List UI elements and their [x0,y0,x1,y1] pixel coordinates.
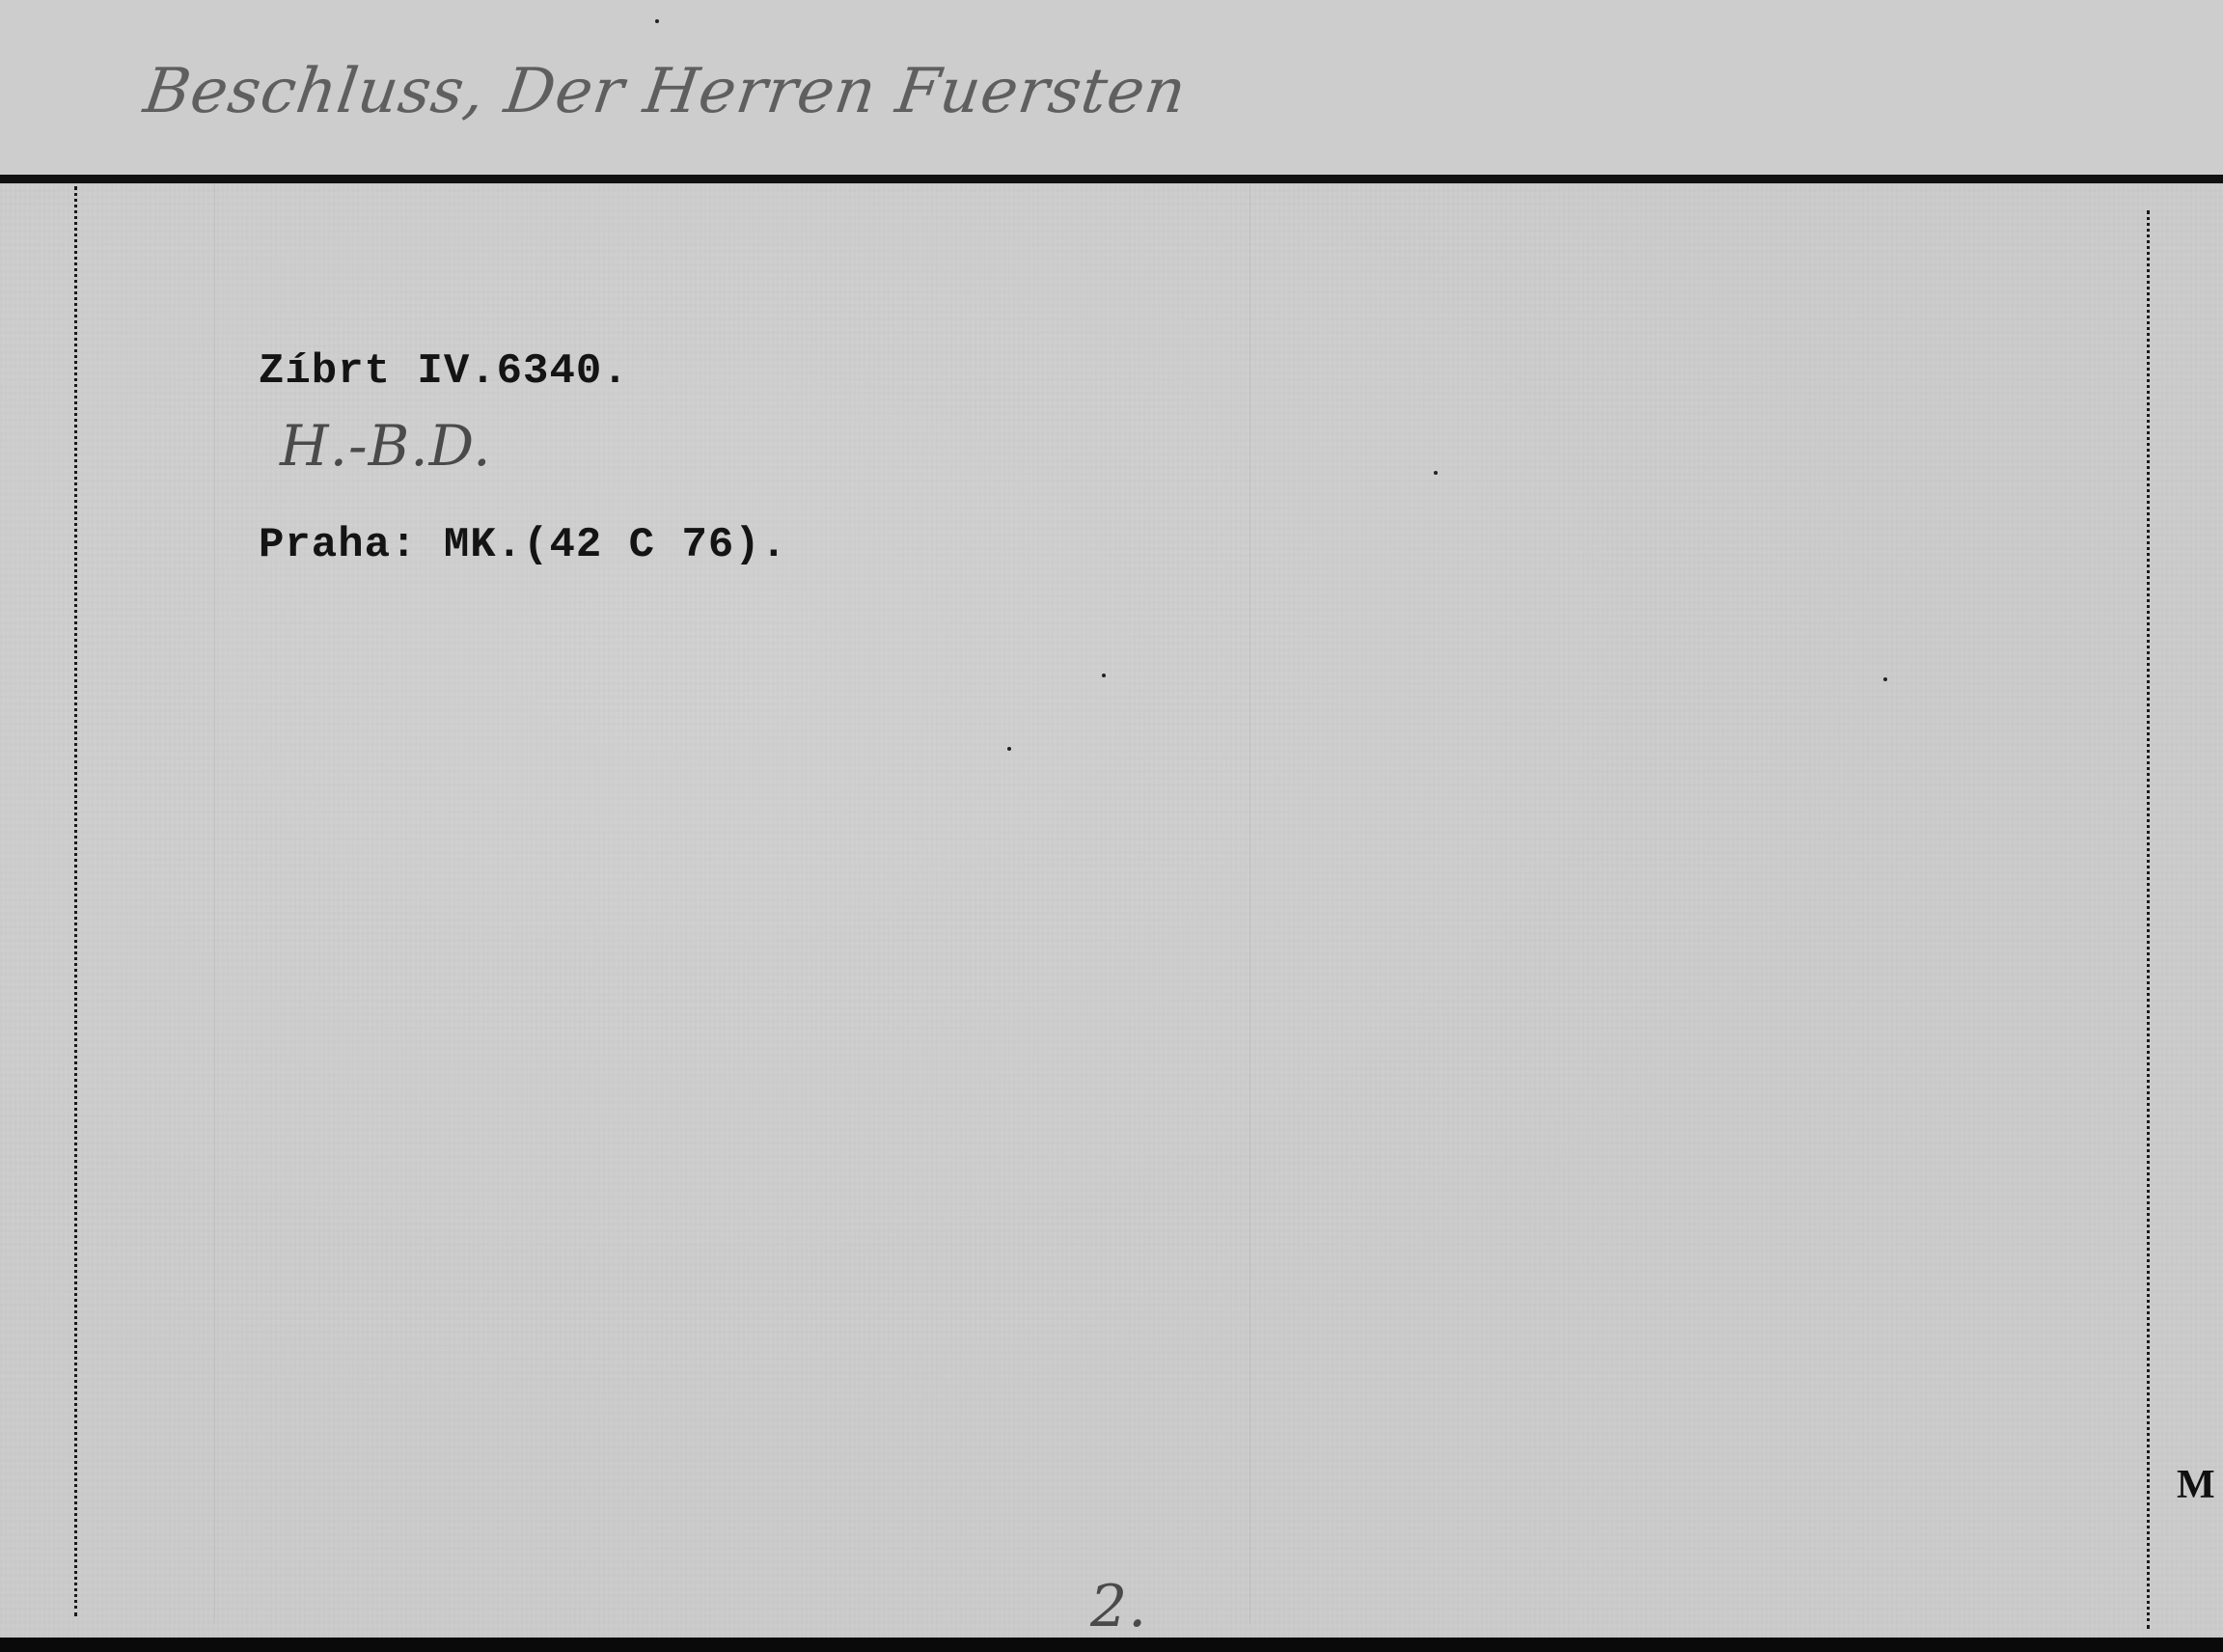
right-dotted-margin [2147,210,2150,1629]
handwritten-page-number: 2. [1090,1573,1147,1640]
handwritten-signature: H.-B.D. [280,413,492,479]
holding-location: Praha: MK.(42 C 76). [259,521,787,569]
index-card: Beschluss, Der Herren Fuersten Zíbrt IV.… [0,0,2223,1638]
paper-fiber-line [1249,183,1250,1623]
paper-speck [1102,674,1106,677]
bibliographic-reference: Zíbrt IV.6340. [259,347,629,396]
paper-speck [1434,471,1438,475]
paper-speck [1883,677,1887,681]
header-rule [0,175,2223,183]
paper-speck [655,19,659,23]
left-dotted-margin [74,186,77,1616]
paper-speck [1007,747,1011,751]
corner-mark: M [2177,1462,2215,1508]
scan-bottom-edge [0,1638,2223,1652]
paper-fiber-line [214,183,215,1623]
handwritten-heading: Beschluss, Der Herren Fuersten [140,56,1191,127]
